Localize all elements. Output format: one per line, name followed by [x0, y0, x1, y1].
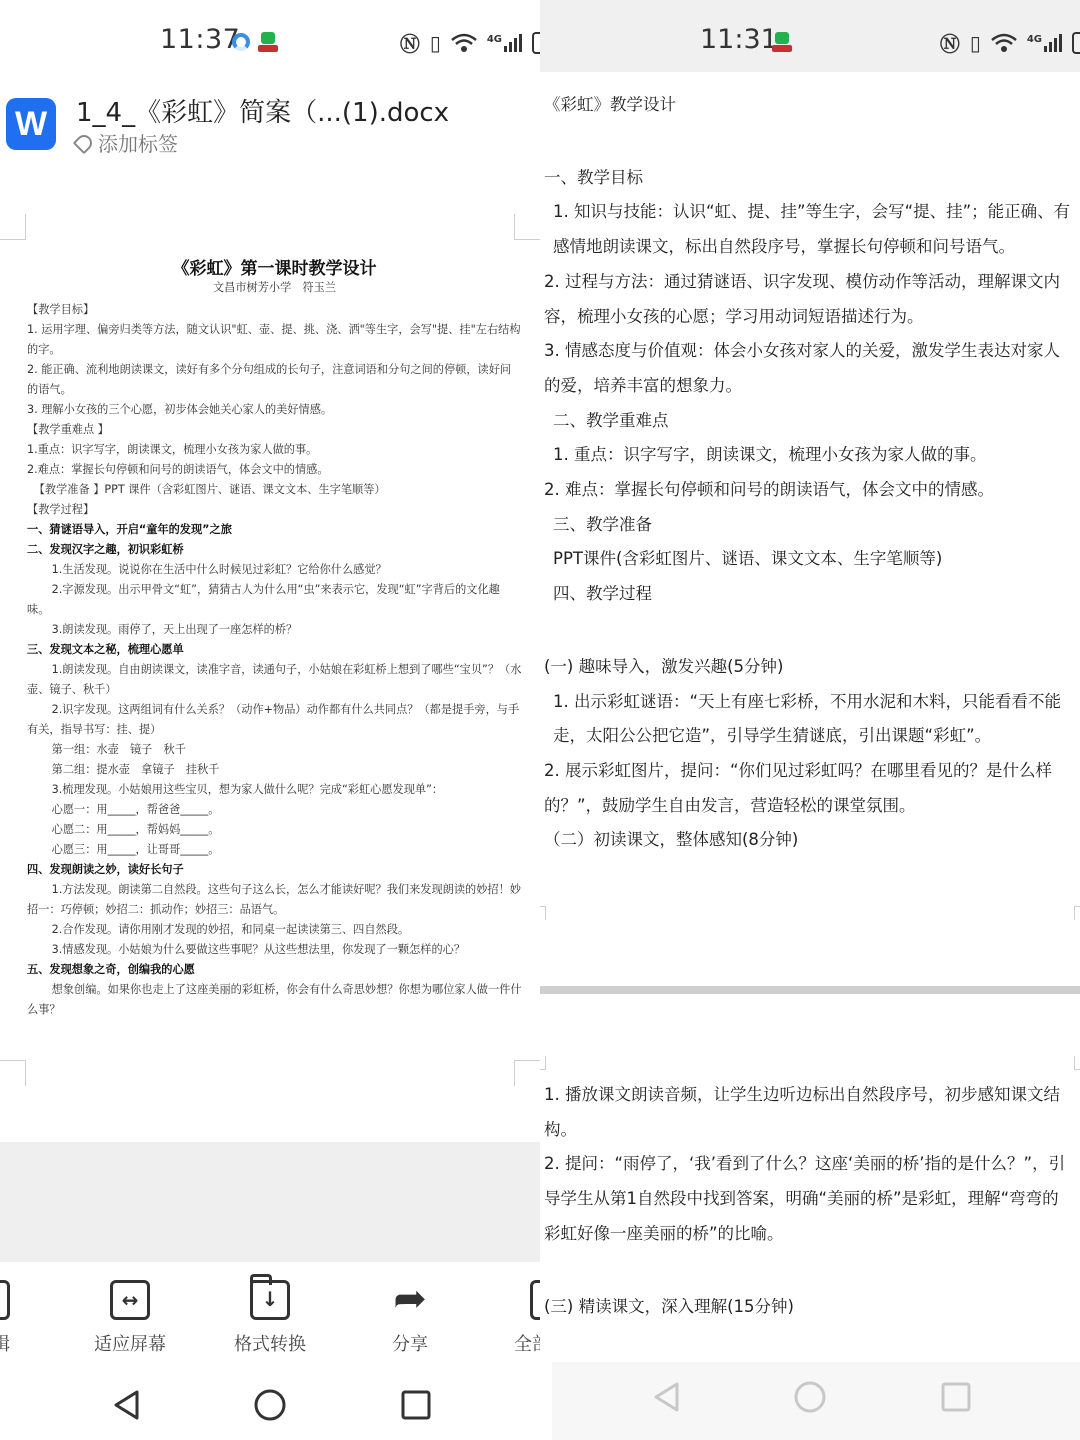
doc-line: 1. 运用字理、偏旁归类等方法，随文认识"虹、壶、提、挑、浇、洒"等生字，会写"…: [27, 320, 522, 360]
page-break: [540, 986, 1080, 994]
doc-line: 2. 过程与方法：通过猜谜语、识字发现、模仿动作等活动，理解课文内容，梳理小女孩…: [544, 265, 1074, 334]
doc-section-heading: 一、教学目标: [544, 161, 1074, 196]
doc-line: 想象创编。如果你也走上了这座美丽的彩虹桥，你会有什么奇思妙想？你想为哪位家人做一…: [27, 980, 522, 1020]
bottom-toolbar: 辑 适应屏幕 格式转换 分享 全部: [0, 1262, 540, 1372]
doc-line: 【教学重难点 】: [27, 420, 522, 440]
doc-line: 心愿三：用_____，让哥哥_____。: [27, 840, 522, 860]
wifi-icon: [451, 33, 477, 53]
battery-icon: [532, 32, 540, 54]
doc-line: 2. 能正确、流利地朗读课文，读好有多个分句组成的长句子，注意词语和分句之间的停…: [27, 360, 522, 400]
fit-screen-button[interactable]: 适应屏幕: [75, 1280, 185, 1356]
doc-line: 第一组：水壶 镜子 秋千: [27, 740, 522, 760]
page-margin-marker: [1074, 906, 1080, 920]
page-margin-marker: [0, 214, 26, 240]
page-gap: [0, 1142, 540, 1262]
doc-line: 3.朗读发现。雨停了，天上出现了一座怎样的桥？: [27, 620, 522, 640]
home-icon: [253, 1388, 287, 1422]
doc-line: 1.朗读发现。自由朗读课文，读准字音，读通句子，小姑娘在彩虹桥上想到了哪些“宝贝…: [27, 660, 522, 700]
vibrate-icon: ▯: [430, 31, 441, 55]
doc-line: 【教学目标】: [27, 300, 522, 320]
back-icon: [110, 1388, 144, 1422]
back-button[interactable]: [110, 1388, 144, 1422]
doc-line: 2.合作发现。请你用刚才发现的妙招，和同桌一起读读第三、四自然段。: [27, 920, 522, 940]
doc-section-heading: 二、发现汉字之趣，初识彩虹桥: [27, 540, 522, 560]
doc-line: 2.识字发现。这两组词有什么关系？（动作+物品）动作都有什么共同点？（都是提手旁…: [27, 700, 522, 740]
doc-line: 1. 播放课文朗读音频，让学生边听边标出自然段序号，初步感知课文结构。: [544, 1078, 1074, 1147]
all-label: 全部: [514, 1330, 540, 1356]
doc-title: 《彩虹》第一课时教学设计: [27, 258, 522, 280]
page-margin-marker: [1074, 1056, 1080, 1070]
format-convert-icon: [250, 1280, 290, 1320]
doc-line: 【教学过程】: [27, 500, 522, 520]
tag-icon: [73, 131, 96, 154]
doc-section-heading: 五、发现想象之奇，创编我的心愿: [27, 960, 522, 980]
document-page[interactable]: 《彩虹》教学设计 一、教学目标 1. 知识与技能：认识“虹、提、挂”等生字，会写…: [544, 88, 1074, 858]
edit-label: 辑: [0, 1330, 10, 1356]
doc-line: 3. 理解小女孩的三个心愿，初步体会她关心家人的美好情感。: [27, 400, 522, 420]
doc-line: 【教学准备 】PPT 课件（含彩虹图片、谜语、课文文本、生字笔顺等）: [27, 480, 522, 500]
doc-line: 1.重点：识字写字，朗读课文，梳理小女孩为家人做的事。: [27, 440, 522, 460]
doc-line: 1. 知识与技能：认识“虹、提、挂”等生字，会写“提、挂”；能正确、有感情地朗读…: [544, 195, 1074, 264]
document-header: W 1_4_《彩虹》简案（...(1).docx 添加标签: [0, 92, 540, 172]
system-status-icons: Ⓝ ▯ 4G: [940, 28, 1080, 57]
document-page[interactable]: 1. 播放课文朗读音频，让学生边听边标出自然段序号，初步感知课文结构。 2. 提…: [544, 1078, 1074, 1324]
page-margin-marker: [540, 906, 546, 920]
all-apps-icon: [530, 1280, 540, 1320]
share-button[interactable]: 分享: [355, 1280, 465, 1356]
doc-line: 2. 提问：“雨停了，‘我’看到了什么？这座‘美丽的桥’指的是什么？”，引导学生…: [544, 1147, 1074, 1251]
back-icon[interactable]: [650, 1380, 684, 1414]
doc-section-heading: 一、猜谜语导入，开启“童年的发现”之旅: [27, 520, 522, 540]
add-tag-label: 添加标签: [98, 128, 178, 157]
doc-author: 文昌市树芳小学 符玉兰: [27, 280, 522, 296]
page-margin-marker: [0, 1060, 26, 1086]
doc-subheading: (三) 精读课文，深入理解(15分钟): [544, 1290, 1074, 1325]
system-nav-bar: [0, 1372, 540, 1440]
doc-subheading: （二）初读课文，整体感知(8分钟): [544, 823, 1074, 858]
format-convert-button[interactable]: 格式转换: [215, 1280, 325, 1356]
doc-line: 1.方法发现。朗读第二自然段。这些句子这么长，怎么才能读好呢？我们来发现朗读的妙…: [27, 880, 522, 920]
recent-apps-icon: [399, 1388, 433, 1422]
system-status-icons: Ⓝ ▯ 4G: [400, 28, 540, 57]
doc-line: 2.字源发现。出示甲骨文“虹”，猜猜古人为什么用“虫”来表示它，发现“虹”字背后…: [27, 580, 522, 620]
doc-line: 1. 出示彩虹谜语：“天上有座七彩桥，不用水泥和木料，只能看看不能走，太阳公公把…: [544, 685, 1074, 754]
fit-screen-icon: [110, 1280, 150, 1320]
doc-line: PPT课件(含彩虹图片、谜语、课文文本、生字笔顺等): [544, 542, 1074, 577]
home-icon[interactable]: [793, 1380, 827, 1414]
doc-section-heading: 四、教学过程: [544, 577, 1074, 612]
4g-signal-icon: 4G: [1027, 34, 1062, 52]
edit-icon: [0, 1280, 10, 1320]
nfc-icon: Ⓝ: [940, 28, 960, 57]
doc-line: 3.情感发现。小姑娘为什么要做这些事呢？从这些想法里，你发现了一颗怎样的心？: [27, 940, 522, 960]
add-tag-button[interactable]: 添加标签: [76, 128, 178, 157]
doc-section-heading: 三、发现文本之秘，梳理心愿单: [27, 640, 522, 660]
doc-line: 1.生活发现。说说你在生活中什么时候见过彩虹？它给你什么感觉？: [27, 560, 522, 580]
video-app-icon: [258, 32, 278, 52]
battery-icon: [1072, 32, 1080, 54]
status-bar: 11:31 Ⓝ ▯ 4G: [540, 0, 1080, 72]
4g-signal-icon: 4G: [487, 34, 522, 52]
word-file-icon: W: [6, 98, 56, 150]
doc-line: 2. 难点：掌握长句停顿和问号的朗读语气，体会文中的情感。: [544, 473, 1074, 508]
doc-line: 心愿一：用_____，帮爸爸_____。: [27, 800, 522, 820]
share-label: 分享: [355, 1330, 465, 1356]
recent-apps-icon[interactable]: [939, 1380, 973, 1414]
document-viewer[interactable]: 《彩虹》第一课时教学设计 文昌市树芳小学 符玉兰 【教学目标】 1. 运用字理、…: [0, 176, 540, 1142]
doc-section-heading: 二、教学重难点: [544, 404, 1074, 439]
system-nav-bar: [552, 1362, 1080, 1440]
recent-apps-button[interactable]: [399, 1388, 433, 1422]
doc-section-heading: 三、教学准备: [544, 508, 1074, 543]
doc-line: 3.梳理发现。小姑娘用这些宝贝，想为家人做什么呢？完成“彩虹心愿发现单”：: [27, 780, 522, 800]
right-screenshot-pane: 11:31 Ⓝ ▯ 4G 《彩虹》教学设计 一、教学目标 1. 知识与技能：认识…: [540, 0, 1080, 1440]
file-name: 1_4_《彩虹》简案（...(1).docx: [76, 92, 449, 129]
home-button[interactable]: [253, 1388, 287, 1422]
document-page: 《彩虹》第一课时教学设计 文昌市树芳小学 符玉兰 【教学目标】 1. 运用字理、…: [27, 258, 522, 1020]
doc-line: 心愿二：用_____，帮妈妈_____。: [27, 820, 522, 840]
fit-screen-label: 适应屏幕: [75, 1330, 185, 1356]
vibrate-icon: ▯: [970, 31, 981, 55]
left-screenshot-pane: 11:37 Ⓝ ▯ 4G W 1_4_《彩虹》简案（...(1).docx 添加…: [0, 0, 540, 1440]
doc-line: 3. 情感态度与价值观：体会小女孩对家人的关爱，激发学生表达对家人的爱，培养丰富…: [544, 334, 1074, 403]
page-margin-marker: [514, 214, 540, 240]
doc-line: 2.难点：掌握长句停顿和问号的朗读语气，体会文中的情感。: [27, 460, 522, 480]
status-bar: 11:37 Ⓝ ▯ 4G: [0, 0, 540, 80]
status-time: 11:37: [160, 24, 240, 55]
status-time: 11:31: [700, 24, 778, 55]
share-icon: [390, 1280, 430, 1320]
doc-line: 2. 展示彩虹图片，提问：“你们见过彩虹吗？在哪里看见的？是什么样的？”，鼓励学…: [544, 754, 1074, 823]
doc-title: 《彩虹》教学设计: [544, 88, 1074, 123]
doc-line: 1. 重点：识字写字，朗读课文，梳理小女孩为家人做的事。: [544, 438, 1074, 473]
page-margin-marker: [514, 1060, 540, 1086]
notification-icons: [232, 32, 278, 52]
video-app-icon: [772, 32, 792, 52]
wifi-icon: [991, 33, 1017, 53]
doc-subheading: (一) 趣味导入，激发兴趣(5分钟): [544, 650, 1074, 685]
format-convert-label: 格式转换: [215, 1330, 325, 1356]
page-margin-marker: [540, 1056, 546, 1070]
doc-section-heading: 四、发现朗读之妙，读好长句子: [27, 860, 522, 880]
browser-app-icon: [232, 33, 250, 51]
nfc-icon: Ⓝ: [400, 28, 420, 57]
doc-line: 第二组：提水壶 拿镜子 挂秋千: [27, 760, 522, 780]
